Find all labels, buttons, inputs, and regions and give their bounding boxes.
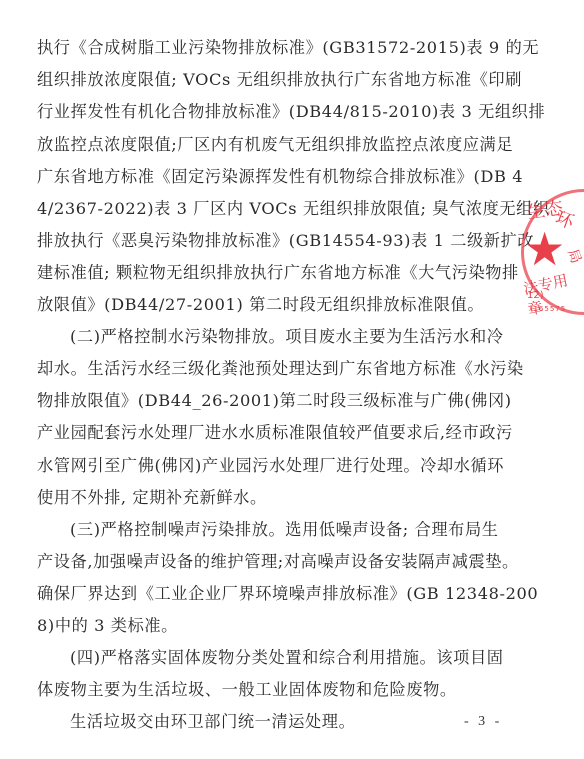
text-line: 产设备,加强噪声设备的维护管理;对高噪声设备安装隔声减震垫。	[37, 550, 455, 574]
text-line: 产业园配套污水处理厂进水水质标准限值较严值要求后,经市政污	[37, 421, 455, 445]
text-line: 排放执行《恶臭污染物排放标准》(GB14554-93)表 1 二级新扩改	[37, 229, 455, 253]
text-line: 确保厂界达到《工业企业厂界环境噪声排放标准》(GB 12348-200	[37, 582, 455, 606]
text-line: 放限值》(DB44/27-2001) 第二时段无组织排放标准限值。	[37, 293, 455, 317]
text-line: (四)严格落实固体废物分类处置和综合利用措施。该项目固	[70, 646, 455, 670]
text-line: (二)严格控制水污染物排放。项目废水主要为生活污水和冷	[70, 325, 455, 349]
text-line: 执行《合成树脂工业污染物排放标准》(GB31572-2015)表 9 的无	[37, 36, 455, 60]
seal-number: 12)	[527, 290, 544, 301]
text-line: 广东省地方标准《固定污染源挥发性有机物综合排放标准》(DB 4	[37, 165, 455, 189]
text-line: 却水。生活污水经三级化粪池预处理达到广东省地方标准《水污染	[37, 357, 455, 381]
text-line: 4/2367-2022)表 3 厂区内 VOCs 无组织排放限值; 臭气浓度无组…	[37, 197, 455, 221]
text-line: 物排放限值》(DB44_26-2001)第二时段三级标准与广佛(佛冈)	[37, 389, 455, 413]
text-line: 行业挥发性有机化合物排放标准》(DB44/815-2010)表 3 无组织排	[37, 100, 455, 124]
text-line: 水管网引至广佛(佛冈)产业园污水处理厂进行处理。冷却水循环	[37, 454, 455, 478]
document-page: 执行《合成树脂工业污染物排放标准》(GB31572-2015)表 9 的无组织排…	[0, 0, 584, 759]
text-line: 生活垃圾交由环卫部门统一清运处理。	[70, 710, 455, 734]
text-line: 建标准值; 颗粒物无组织排放执行广东省地方标准《大气污染物排	[37, 261, 455, 285]
text-line: 8)中的 3 类标准。	[37, 614, 455, 638]
text-line: (三)严格控制噪声污染排放。选用低噪声设备; 合理布局生	[70, 518, 455, 542]
text-line: 体废物主要为生活垃圾、一般工业固体废物和危险废物。	[37, 678, 455, 702]
star-icon: ★	[524, 226, 565, 272]
text-line: 组织排放浓度限值; VOCs 无组织排放执行广东省地方标准《印刷	[37, 68, 455, 92]
text-line: 使用不外排, 定期补充新鲜水。	[37, 486, 455, 510]
page-number: - 3 -	[464, 714, 502, 730]
seal-code: 7165575	[528, 305, 566, 313]
text-line: 放监控点浓度限值;厂区内有机废气无组织排放监控点浓度应满足	[37, 133, 455, 157]
